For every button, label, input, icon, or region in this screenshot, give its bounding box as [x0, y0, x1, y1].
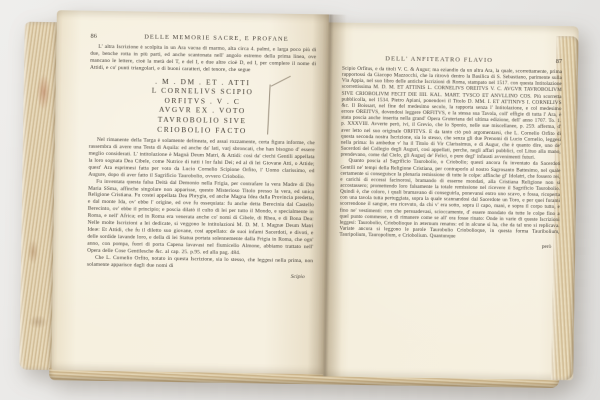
left-page-content: 86 DELLE MEMORIE SACRE, E PROFANE L' alt…: [53, 10, 329, 281]
left-paragraph-2: Nel rimanente della Targa è solamente de…: [88, 137, 315, 182]
right-catchword: però: [339, 241, 559, 250]
right-page: DELL' ANFITEATRO FLAVIO 87 Scipio Orfitu…: [323, 22, 579, 380]
left-paragraph-4: Che L. Cornelio Orfito, notato in questa…: [87, 254, 313, 271]
left-catchword: Scipio: [87, 271, 313, 281]
right-page-content: DELL' ANFITEATRO FLAVIO 87 Scipio Orfitu…: [325, 22, 578, 250]
right-paragraph-2: Quanto poscia al Sagrificio Taurobolio, …: [339, 158, 560, 241]
right-paragraph-1: Scipio Orfitus, e da titoli V. C. & Augu…: [341, 66, 562, 162]
left-page: 86 DELLE MEMORIE SACRE, E PROFANE L' alt…: [51, 10, 329, 374]
left-paragraph-1: L' altra Iscrizione è scolpita in un Ara…: [90, 44, 316, 75]
right-page-number: 87: [536, 58, 562, 65]
left-paragraph-3: Fu inventata questa falsa Deità dal Demo…: [87, 178, 314, 258]
left-page-number: 86: [90, 33, 116, 40]
left-running-title: DELLE MEMORIE SACRE, E PROFANE: [116, 33, 316, 43]
left-running-head: 86 DELLE MEMORIE SACRE, E PROFANE: [90, 33, 316, 44]
right-running-head: DELL' ANFITEATRO FLAVIO 87: [342, 55, 562, 65]
open-book: 86 DELLE MEMORIE SACRE, E PROFANE L' alt…: [19, 6, 579, 389]
inscription-block: . M . DM . ET . ATTI L CORNELIVS SCIPIO …: [109, 76, 295, 136]
right-running-title: DELL' ANFITEATRO FLAVIO: [342, 55, 536, 65]
